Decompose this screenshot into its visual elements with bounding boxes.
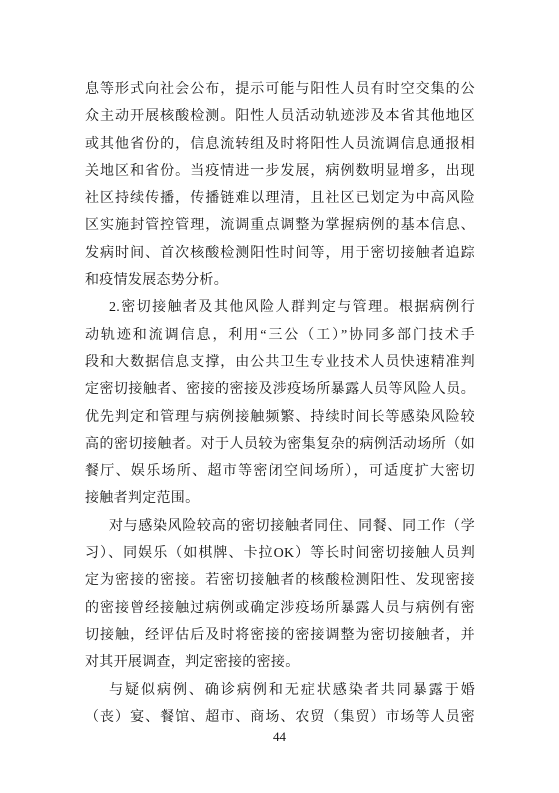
text-line: 习）、同娱乐（如棋牌、卡拉OK）等长时间密切接触人员判 [85,540,475,567]
text-line: 或其他省份的，信息流转组及时将阳性人员流调信息通报相 [85,131,475,158]
text-line: 和疫情发展态势分析。 [85,267,475,294]
text-line: 对其开展调查，判定密接的密接。 [85,649,475,676]
text-line: （丧）宴、餐馆、超市、商场、农贸（集贸）市场等人员密 [85,704,475,731]
text-line: 餐厅、娱乐场所、超市等密闭空间场所），可适度扩大密切 [85,458,475,485]
text-line: 区实施封管控管理，流调重点调整为掌握病例的基本信息、 [85,212,475,239]
text-line: 切接触，经评估后及时将密接的密接调整为密切接触者，并 [85,622,475,649]
page-number: 44 [0,729,559,745]
document-body: 息等形式向社会公布，提示可能与阳性人员有时空交集的公 众主动开展核酸检测。阳性人… [85,76,475,731]
text-line: 段和大数据信息支撑，由公共卫生专业技术人员快速精准判 [85,349,475,376]
text-line: 对与感染风险较高的密切接触者同住、同餐、同工作（学 [85,513,475,540]
text-line: 2.密切接触者及其他风险人群判定与管理。根据病例行 [85,294,475,321]
text-line: 发病时间、首次核酸检测阳性时间等，用于密切接触者追踪 [85,240,475,267]
text-line: 高的密切接触者。对于人员较为密集复杂的病例活动场所（如 [85,431,475,458]
text-line: 众主动开展核酸检测。阳性人员活动轨迹涉及本省其他地区 [85,103,475,130]
text-line: 定为密接的密接。若密切接触者的核酸检测阳性、发现密接 [85,567,475,594]
text-line: 定密切接触者、密接的密接及涉疫场所暴露人员等风险人员。 [85,376,475,403]
text-line: 动轨迹和流调信息，利用“三公（工）”协同多部门技术手 [85,322,475,349]
text-line: 的密接曾经接触过病例或确定涉疫场所暴露人员与病例有密 [85,595,475,622]
document-page: 息等形式向社会公布，提示可能与阳性人员有时空交集的公 众主动开展核酸检测。阳性人… [0,0,559,793]
text-line: 息等形式向社会公布，提示可能与阳性人员有时空交集的公 [85,76,475,103]
text-line: 社区持续传播，传播链难以理清，且社区已划定为中高风险 [85,185,475,212]
text-line: 与疑似病例、确诊病例和无症状感染者共同暴露于婚 [85,677,475,704]
text-line: 优先判定和管理与病例接触频繁、持续时间长等感染风险较 [85,404,475,431]
text-line: 接触者判定范围。 [85,485,475,512]
text-line: 关地区和省份。当疫情进一步发展，病例数明显增多，出现 [85,158,475,185]
